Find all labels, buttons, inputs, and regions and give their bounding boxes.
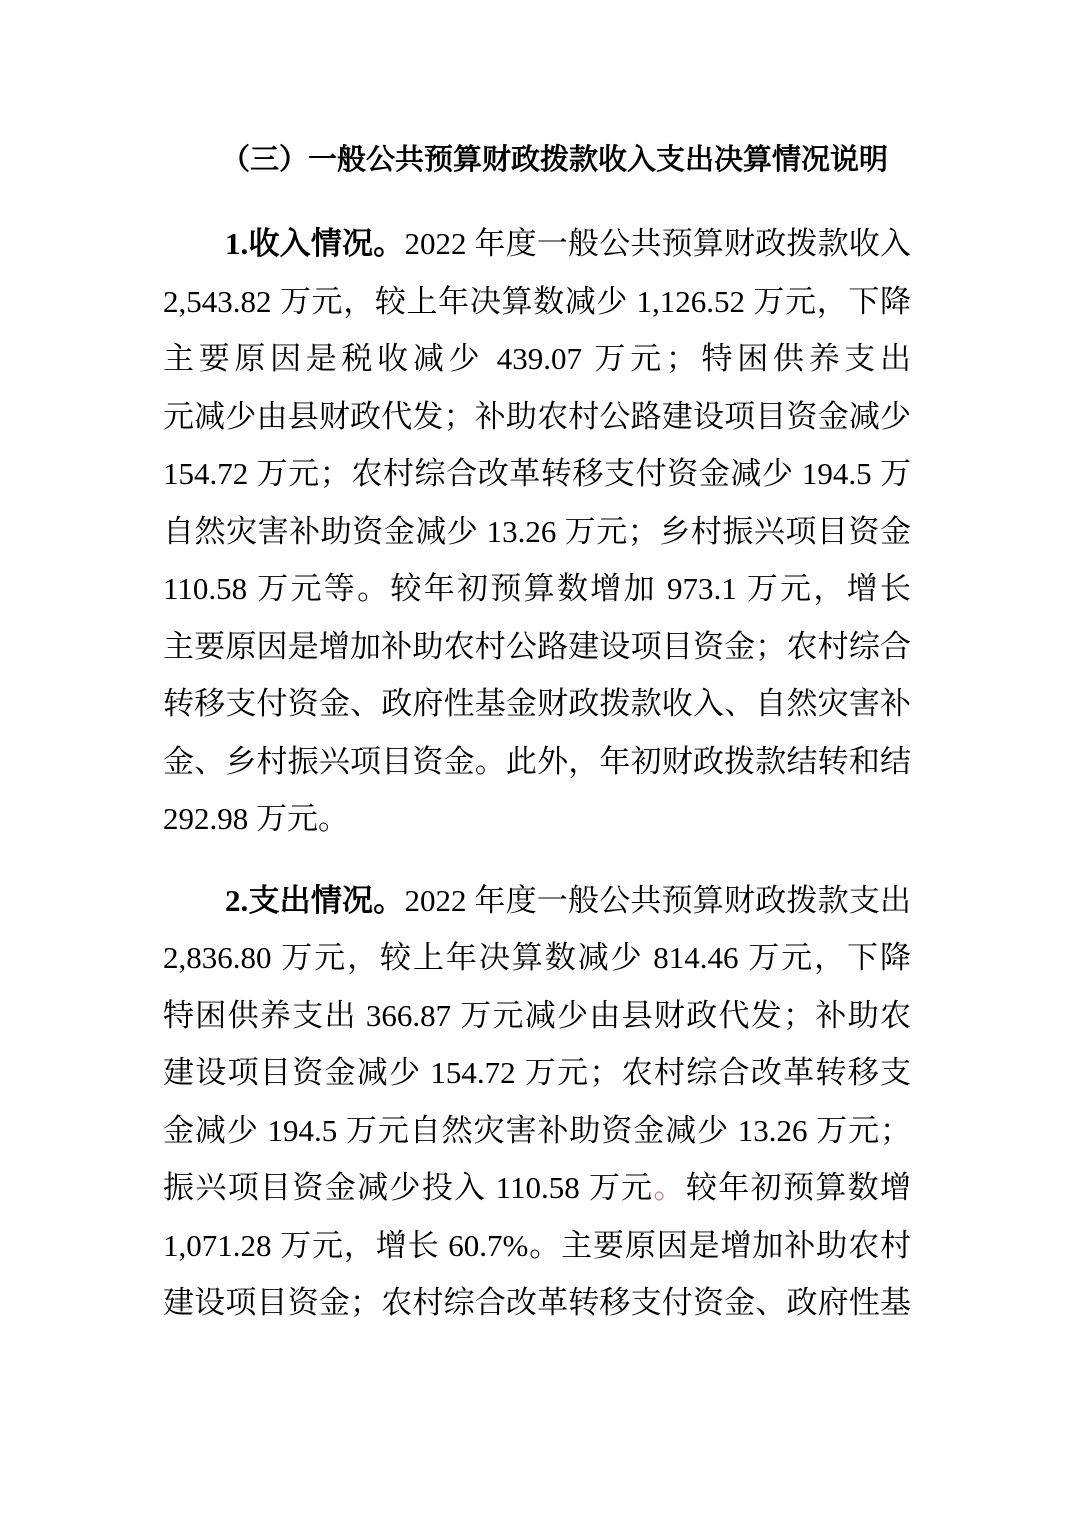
text-run: 110.58 万元等。较年初预算数增加 973.1 万元，增长 62.0%。 bbox=[163, 571, 911, 618]
paragraph-lead: 2.支出情况。 bbox=[225, 883, 404, 918]
text-line: 154.72 万元；农村综合改革转移支付资金减少 194.5 万元； bbox=[163, 445, 911, 503]
text-run: 金减少 194.5 万元自然灾害补助资金减少 13.26 万元；乡村 bbox=[163, 1113, 911, 1160]
text-line: 振兴项目资金减少投入 110.58 万元。较年初预算数增加 bbox=[163, 1159, 911, 1217]
paragraph-lead: 1.收入情况。 bbox=[225, 226, 404, 261]
text-line: 自然灾害补助资金减少 13.26 万元；乡村振兴项目资金减少 bbox=[163, 503, 911, 561]
text-run: 主要原因是增加补助农村公路建设项目资金；农村综合改革 bbox=[163, 629, 911, 676]
text-line: 元减少由县财政代发；补助农村公路建设项目资金减少 bbox=[163, 388, 911, 446]
text-run: 金、乡村振兴项目资金。此外，年初财政拨款结转和结余 bbox=[163, 744, 911, 791]
text-run: 主要原因是税收减少 439.07 万元；特困供养支出 366.87 万 bbox=[163, 341, 911, 388]
text-run: 建设项目资金减少 154.72 万元；农村综合改革转移支付资 bbox=[163, 1055, 911, 1102]
text-run: 特困供养支出 366.87 万元减少由县财政代发；补助农村公路 bbox=[163, 998, 911, 1045]
text-run: 振兴项目资金减少投入 110.58 万元 bbox=[163, 1170, 654, 1205]
text-line: 主要原因是增加补助农村公路建设项目资金；农村综合改革 bbox=[163, 618, 911, 676]
text-run: 2022 年度一般公共预算财政拨款收入 bbox=[404, 226, 911, 261]
document-body: 1.收入情况。2022 年度一般公共预算财政拨款收入2,543.82 万元，较上… bbox=[163, 215, 911, 1332]
text-line: 金、乡村振兴项目资金。此外，年初财政拨款结转和结余 bbox=[163, 733, 911, 791]
text-run: 自然灾害补助资金减少 13.26 万元；乡村振兴项目资金减少 bbox=[163, 514, 911, 561]
text-line: 1.收入情况。2022 年度一般公共预算财政拨款收入 bbox=[163, 215, 911, 273]
text-line: 2.支出情况。2022 年度一般公共预算财政拨款支出 bbox=[163, 872, 911, 930]
text-line: 2,836.80 万元，较上年决算数减少 814.46 万元，下降 22.3%。 bbox=[163, 929, 911, 987]
text-line: 建设项目资金减少 154.72 万元；农村综合改革转移支付资 bbox=[163, 1044, 911, 1102]
text-line: 金减少 194.5 万元自然灾害补助资金减少 13.26 万元；乡村 bbox=[163, 1102, 911, 1160]
text-line: 转移支付资金、政府性基金财政拨款收入、自然灾害补助资 bbox=[163, 675, 911, 733]
text-line: 110.58 万元等。较年初预算数增加 973.1 万元，增长 62.0%。 bbox=[163, 560, 911, 618]
text-line: 2,543.82 万元，较上年决算数减少 1,126.52 万元，下降 30.7… bbox=[163, 273, 911, 331]
text-run: 2,836.80 万元，较上年决算数减少 814.46 万元，下降 22.3%。 bbox=[163, 940, 911, 987]
text-run: 2,543.82 万元，较上年决算数减少 1,126.52 万元，下降 30.7… bbox=[163, 284, 911, 331]
paragraph: 1.收入情况。2022 年度一般公共预算财政拨款收入2,543.82 万元，较上… bbox=[163, 215, 911, 848]
text-run: 转移支付资金、政府性基金财政拨款收入、自然灾害补助资 bbox=[163, 686, 911, 733]
text-line: 1,071.28 万元，增长 60.7%。主要原因是增加补助农村公路 bbox=[163, 1217, 911, 1275]
text-line: 292.98 万元。 bbox=[163, 790, 911, 848]
section-heading: （三）一般公共预算财政拨款收入支出决算情况说明 bbox=[163, 132, 911, 189]
red-period: 。 bbox=[654, 1170, 686, 1205]
paragraph: 2.支出情况。2022 年度一般公共预算财政拨款支出2,836.80 万元，较上… bbox=[163, 872, 911, 1332]
text-line: 建设项目资金；农村综合改革转移支付资金、政府性基金财 bbox=[163, 1274, 911, 1332]
text-run: 292.98 万元。 bbox=[163, 801, 349, 836]
text-line: 特困供养支出 366.87 万元减少由县财政代发；补助农村公路 bbox=[163, 987, 911, 1045]
document-page: （三）一般公共预算财政拨款收入支出决算情况说明 1.收入情况。2022 年度一般… bbox=[0, 0, 1074, 1520]
text-run: 2022 年度一般公共预算财政拨款支出 bbox=[404, 883, 911, 918]
text-line: 主要原因是税收减少 439.07 万元；特困供养支出 366.87 万 bbox=[163, 330, 911, 388]
text-run: 1,071.28 万元，增长 60.7%。主要原因是增加补助农村公路 bbox=[163, 1228, 911, 1275]
text-run: 建设项目资金；农村综合改革转移支付资金、政府性基金财 bbox=[163, 1285, 911, 1332]
text-run: 元减少由县财政代发；补助农村公路建设项目资金减少 bbox=[163, 399, 911, 434]
text-run: 154.72 万元；农村综合改革转移支付资金减少 194.5 万元； bbox=[163, 456, 911, 503]
